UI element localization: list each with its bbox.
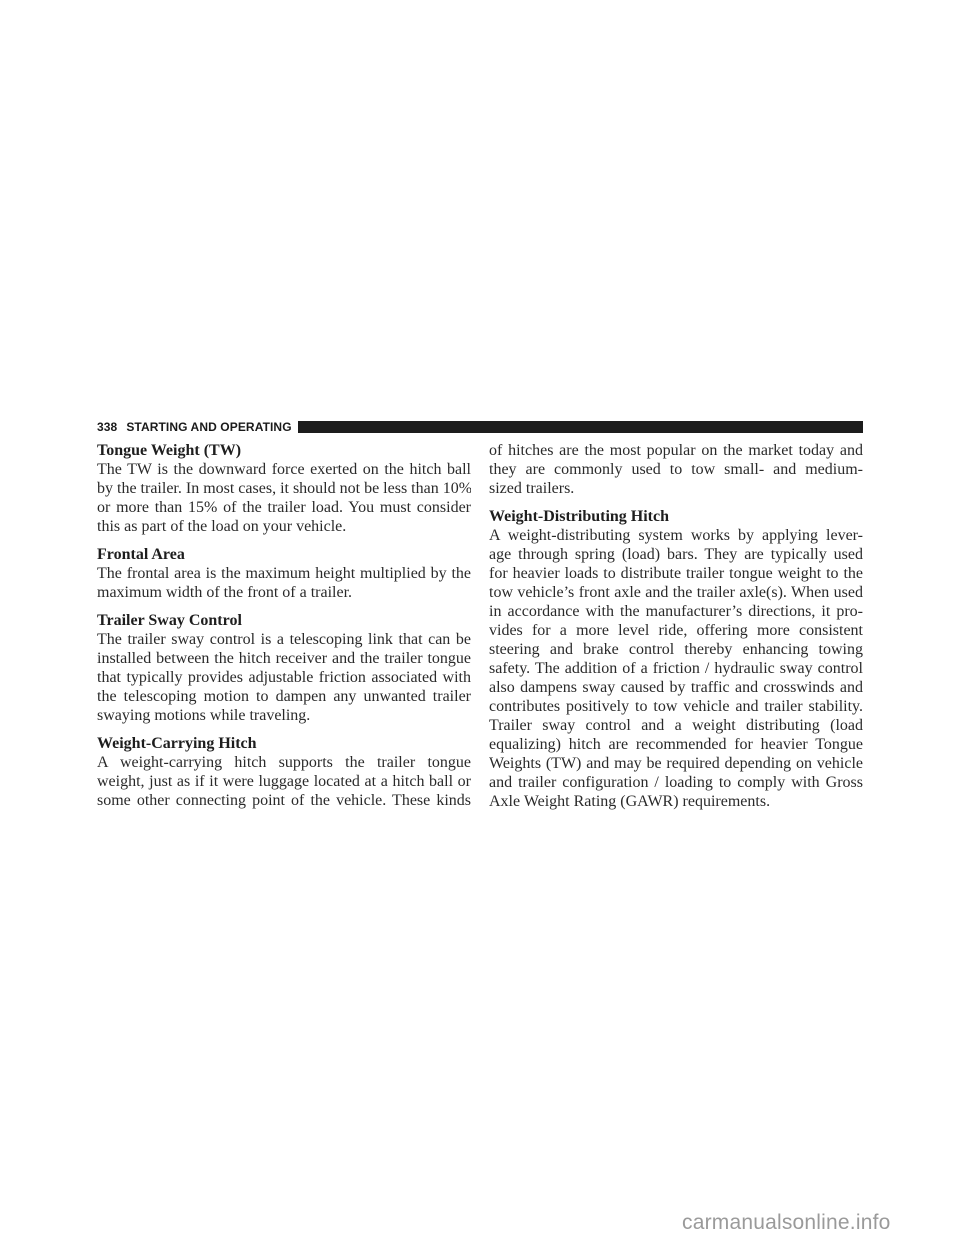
page-number: 338 [97,420,117,434]
body-line: A weight-carrying hitch supports the tra… [97,753,471,772]
section-frontal-area: Frontal Area The frontal area is the max… [97,545,471,602]
body-line: they are commonly used to tow small- and… [489,460,863,479]
section-heading: Weight-Distributing Hitch [489,507,863,526]
body-line: A weight-distributing system works by ap… [489,526,863,545]
body-line: Weights (TW) and may be required dependi… [489,754,863,773]
body-line: in accordance with the manufacturer’s di… [489,602,863,621]
body-line: safety. The addition of a friction / hyd… [489,659,863,678]
body-line: by the trailer. In most cases, it should… [97,479,471,498]
body-line: installed between the hitch receiver and… [97,649,471,668]
section-heading: Weight-Carrying Hitch [97,734,471,753]
body-line: Trailer sway control and a weight distri… [489,716,863,735]
section-heading: Frontal Area [97,545,471,564]
body-line: of hitches are the most popular on the m… [489,441,863,460]
section-weight-carrying-hitch: Weight-Carrying Hitch A weight-carrying … [97,734,471,810]
body-line: this as part of the load on your vehicle… [97,517,471,536]
body-line: contributes positively to tow vehicle an… [489,697,863,716]
body-line: and trailer configuration / loading to c… [489,773,863,792]
body-line: sized trailers. [489,479,863,498]
left-column: Tongue Weight (TW) The TW is the downwar… [97,441,471,819]
section-title: STARTING AND OPERATING [126,420,291,434]
body-line: The TW is the downward force exerted on … [97,460,471,479]
body-line: for heavier loads to distribute trailer … [489,564,863,583]
body-line: also dampens sway caused by traffic and … [489,678,863,697]
body-line: Axle Weight Rating (GAWR) requirements. [489,792,863,811]
body-line: or more than 15% of the trailer load. Yo… [97,498,471,517]
body-line: some other connecting point of the vehic… [97,791,471,810]
body-line: age through spring (load) bars. They are… [489,545,863,564]
section-heading: Tongue Weight (TW) [97,441,471,460]
section-tongue-weight: Tongue Weight (TW) The TW is the downwar… [97,441,471,536]
body-line: vides for a more level ride, offering mo… [489,621,863,640]
header-rule-bar [298,421,863,433]
body-line: equalizing) hitch are recommended for he… [489,735,863,754]
watermark-link[interactable]: carmanualsonline.info [682,1211,891,1235]
body-line: tow vehicle’s front axle and the trailer… [489,583,863,602]
body-line: The frontal area is the maximum height m… [97,564,471,583]
body-line: steering and brake control thereby enhan… [489,640,863,659]
continued-paragraph: of hitches are the most popular on the m… [489,441,863,498]
page-header: 338 STARTING AND OPERATING [97,419,863,435]
section-heading: Trailer Sway Control [97,611,471,630]
body-line: swaying motions while traveling. [97,706,471,725]
body-line: maximum width of the front of a trailer. [97,583,471,602]
section-trailer-sway-control: Trailer Sway Control The trailer sway co… [97,611,471,725]
body-line: the telescoping motion to dampen any unw… [97,687,471,706]
right-column: of hitches are the most popular on the m… [489,441,863,820]
section-weight-distributing-hitch: Weight-Distributing Hitch A weight-distr… [489,507,863,811]
body-line: that typically provides adjustable frict… [97,668,471,687]
body-line: The trailer sway control is a telescopin… [97,630,471,649]
body-line: weight, just as if it were luggage locat… [97,772,471,791]
